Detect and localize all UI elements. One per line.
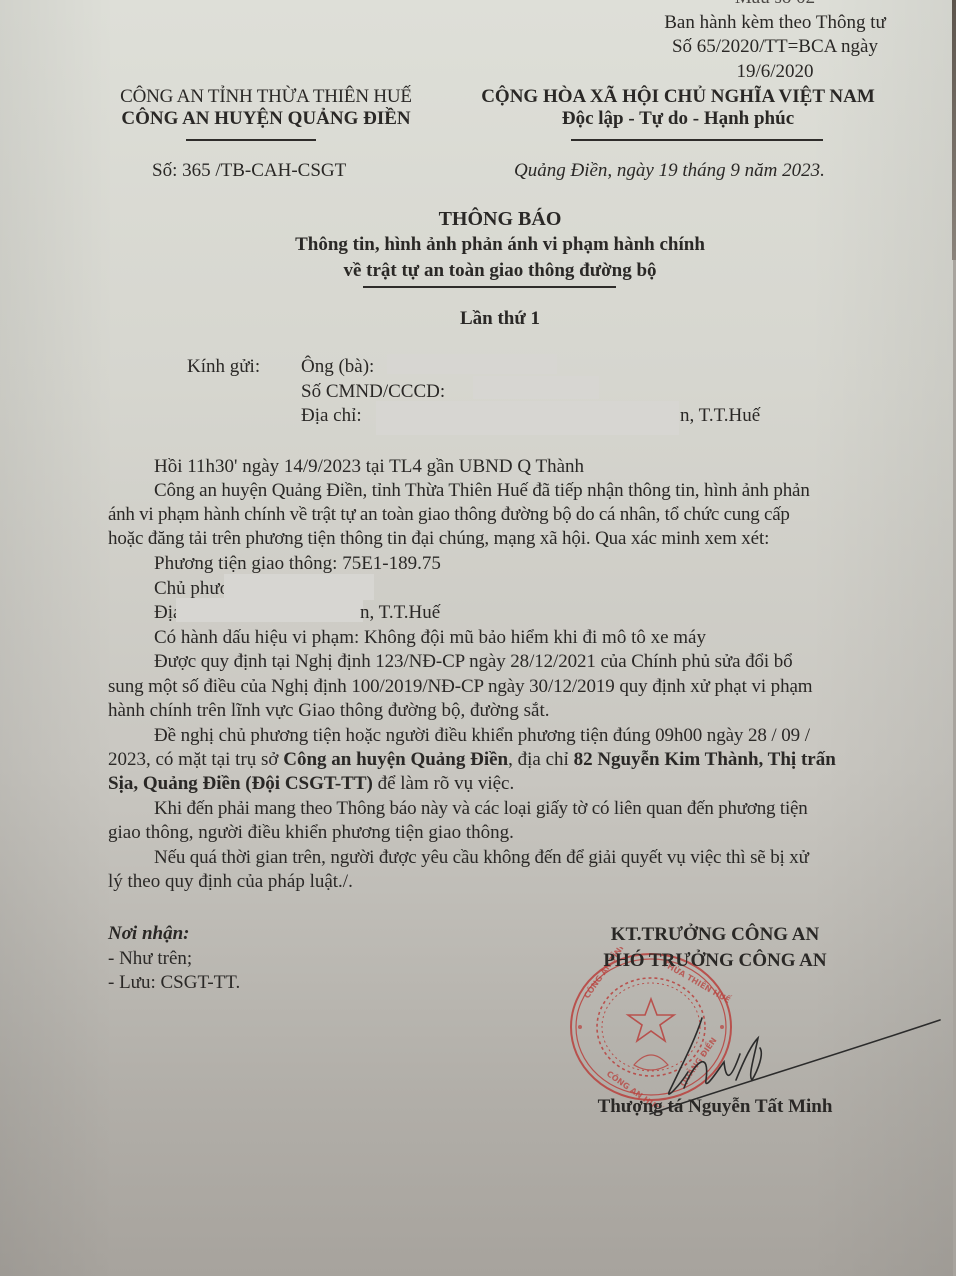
intro-line1: Công an huyện Quảng Điền, tỉnh Thừa Thiê… [154, 480, 810, 502]
summons-line1: Đề nghị chủ phương tiện hoặc người điều … [154, 725, 810, 747]
recipient-label: Kính gửi: [187, 356, 260, 378]
national-motto: Độc lập - Tự do - Hạnh phúc [448, 108, 908, 130]
vehicle-label: Phương tiện giao thông: [154, 553, 337, 574]
document-number: Số: 365 /TB-CAH-CSGT [152, 160, 346, 182]
summons-address-label: , địa chỉ [508, 749, 573, 770]
legal-basis-line2: sung một số điều của Nghị định 100/2019/… [108, 676, 813, 698]
summons-line2: 2023, có mặt tại trụ sở Công an huyện Qu… [108, 749, 836, 771]
agency-name: CÔNG AN HUYỆN QUẢNG ĐIỀN [86, 108, 446, 130]
owner-address-suffix: n, T.T.Huế [360, 602, 440, 624]
page-edge-shadow [952, 0, 956, 260]
document-title: THÔNG BÁO Thông tin, hình ảnh phản ánh v… [230, 206, 770, 284]
title-subtitle-line2: về trật tự an toàn giao thông đường bộ [230, 258, 770, 284]
redacted-name [387, 354, 557, 374]
recipients-block: Nơi nhận: - Như trên; - Lưu: CSGT-TT. [108, 922, 240, 996]
signature-title: KT.TRƯỞNG CÔNG AN PHÓ TRƯỞNG CÔNG AN [560, 922, 870, 974]
redacted-owner [224, 574, 374, 600]
title-subtitle-line1: Thông tin, hình ảnh phản ánh vi phạm hàn… [230, 232, 770, 258]
intro-line2: ánh vi phạm hành chính về trật tự an toà… [108, 504, 790, 526]
bring-docs-line1: Khi đến phải mang theo Thông báo này và … [154, 798, 808, 820]
nation-name: CỘNG HÒA XÃ HỘI CHỦ NGHĨA VIỆT NAM [448, 86, 908, 108]
summons-prefix: 2023, có mặt tại trụ sở [108, 749, 283, 770]
signature-line2: PHÓ TRƯỞNG CÔNG AN [560, 948, 870, 974]
legal-basis-line3: hành chính trên lĩnh vực Giao thông đườn… [108, 700, 549, 722]
bring-docs-line2: giao thông, người điều khiển phương tiện… [108, 822, 514, 844]
form-number: Mẫu số 02 [620, 0, 930, 11]
recipient-address-label: Địa chỉ: [301, 405, 362, 427]
place-and-date: Quảng Điền, ngày 19 tháng 9 năm 2023. [514, 160, 825, 182]
form-reference: Mẫu số 02 Ban hành kèm theo Thông tư Số … [620, 0, 930, 84]
occurrence-number: Lần thứ 1 [380, 308, 620, 330]
recipients-heading: Nơi nhận: [108, 922, 240, 947]
vehicle-plate: 75E1-189.75 [342, 553, 441, 574]
form-circular-number: Số 65/2020/TT=BCA ngày [620, 35, 930, 60]
summons-address-cont: Sịa, Quảng Điền (Đội CSGT-TT) [108, 773, 373, 794]
summons-agency: Công an huyện Quảng Điền [283, 749, 508, 770]
redacted-id [473, 376, 599, 399]
summons-line3: Sịa, Quảng Điền (Đội CSGT-TT) để làm rõ … [108, 773, 514, 795]
violation-field: Có hành dấu hiệu vi phạm: Không đội mũ b… [154, 627, 706, 649]
redacted-address [376, 401, 679, 435]
agency-underline [186, 139, 316, 141]
recipient-id-label: Số CMND/CCCD: [301, 381, 445, 403]
signer-name: Thượng tá Nguyễn Tất Minh [560, 1096, 870, 1118]
violation-label: Có hành dấu hiệu vi phạm: [154, 627, 359, 648]
summons-address: 82 Nguyễn Kim Thành, Thị trấn [574, 749, 836, 770]
parent-agency: CÔNG AN TỈNH THỪA THIÊN HUẾ [86, 86, 446, 108]
recipient-name-label: Ông (bà): [301, 356, 374, 378]
warning-line1: Nếu quá thời gian trên, người được yêu c… [154, 847, 809, 869]
recipients-item: - Lưu: CSGT-TT. [108, 971, 240, 996]
form-issued-with: Ban hành kèm theo Thông tư [620, 11, 930, 36]
legal-basis-line1: Được quy định tại Nghị định 123/NĐ-CP ng… [154, 651, 793, 673]
title-main: THÔNG BÁO [230, 206, 770, 232]
title-underline [363, 286, 616, 288]
recipient-address-suffix: n, T.T.Huế [680, 405, 760, 427]
warning-line2: lý theo quy định của pháp luật./. [108, 871, 353, 893]
signature-line1: KT.TRƯỞNG CÔNG AN [560, 922, 870, 948]
summons-purpose: để làm rõ vụ việc. [373, 773, 514, 794]
redacted-owner-address [176, 598, 363, 622]
motto-underline [571, 139, 823, 141]
recipients-item: - Như trên; [108, 947, 240, 972]
violation-description: Không đội mũ bảo hiểm khi đi mô tô xe má… [364, 627, 706, 648]
vehicle-field: Phương tiện giao thông: 75E1-189.75 [154, 553, 441, 575]
incident-time-place: Hồi 11h30' ngày 14/9/2023 tại TL4 gần UB… [154, 456, 584, 478]
form-circular-date: 19/6/2020 [620, 60, 930, 85]
intro-line3: hoặc đăng tải trên phương tiện thông tin… [108, 528, 769, 550]
issuing-agency: CÔNG AN TỈNH THỪA THIÊN HUẾ CÔNG AN HUYỆ… [86, 86, 446, 130]
national-header: CỘNG HÒA XÃ HỘI CHỦ NGHĨA VIỆT NAM Độc l… [448, 86, 908, 130]
